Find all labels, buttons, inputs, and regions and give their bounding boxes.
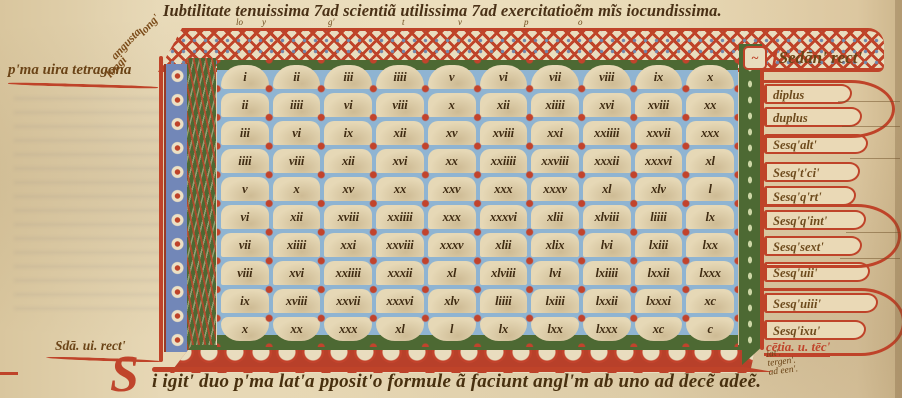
table-cell-r7c3: xxi bbox=[324, 233, 372, 257]
table-cell-r9c1: ix bbox=[221, 289, 269, 313]
table-cell-r2c2: iiii bbox=[273, 93, 321, 117]
ruling-line bbox=[842, 126, 900, 127]
table-cell-r8c4: xxxii bbox=[376, 261, 424, 285]
bottom-text-line: i igit' duo p'ma lat'a pposit'o formule … bbox=[152, 371, 902, 393]
table-cell-r4c8: xxxii bbox=[583, 149, 631, 173]
table-cell-r3c10: xxx bbox=[686, 121, 734, 145]
red-rule-fragment bbox=[0, 372, 18, 375]
bracket-arc bbox=[764, 80, 895, 138]
gloss-mark: y bbox=[262, 17, 266, 27]
ratio-label: Sesq'q'rt' bbox=[764, 186, 856, 206]
table-cell-r8c9: lxxii bbox=[635, 261, 683, 285]
border-ornament-band-inner-left bbox=[187, 58, 216, 350]
table-cell-r9c3: xxvii bbox=[324, 289, 372, 313]
table-cell-r6c1: vi bbox=[221, 205, 269, 229]
table-cell-r6c8: xlviii bbox=[583, 205, 631, 229]
table-cell-r5c10: l bbox=[686, 177, 734, 201]
table-cell-r10c2: xx bbox=[273, 317, 321, 341]
gloss-mark: t bbox=[402, 17, 405, 27]
border-green-band-right bbox=[739, 44, 762, 347]
border-lozenge-band-left bbox=[164, 64, 189, 352]
table-cell-r5c1: v bbox=[221, 177, 269, 201]
gloss-mark: g' bbox=[328, 17, 334, 27]
table-cell-r5c7: xxxv bbox=[531, 177, 579, 201]
table-cell-r6c4: xxiiii bbox=[376, 205, 424, 229]
incipit-line: Iubtilitate tenuissima 7ad scientiã util… bbox=[163, 1, 763, 21]
table-cell-r7c5: xxxv bbox=[428, 233, 476, 257]
notch-mark: ~ bbox=[743, 46, 767, 70]
table-cell-r1c10: x bbox=[686, 65, 734, 89]
table-cell-r7c8: lvi bbox=[583, 233, 631, 257]
gloss-mark: v bbox=[458, 17, 462, 27]
table-cell-r1c3: iii bbox=[324, 65, 372, 89]
table-cell-r3c8: xxiiii bbox=[583, 121, 631, 145]
table-cell-r10c8: lxxx bbox=[583, 317, 631, 341]
diagonal-label-angusta: angusta bbox=[109, 26, 144, 62]
table-cell-r10c3: xxx bbox=[324, 317, 372, 341]
table-cell-r4c10: xl bbox=[686, 149, 734, 173]
table-cell-r6c10: lx bbox=[686, 205, 734, 229]
table-cell-r7c7: xlix bbox=[531, 233, 579, 257]
ruling-line bbox=[838, 101, 900, 102]
table-cell-r8c7: lvi bbox=[531, 261, 579, 285]
table-cell-r3c6: xviii bbox=[480, 121, 528, 145]
table-cell-r1c4: iiii bbox=[376, 65, 424, 89]
table-cell-r1c9: ix bbox=[635, 65, 683, 89]
red-underline bbox=[8, 82, 158, 89]
table-cell-r2c9: xviii bbox=[635, 93, 683, 117]
table-cell-r2c7: xiiii bbox=[531, 93, 579, 117]
table-cell-r5c4: xx bbox=[376, 177, 424, 201]
table-cell-r10c1: x bbox=[221, 317, 269, 341]
ratio-label: Sesq't'ci' bbox=[764, 162, 860, 182]
table-cell-r2c8: xvi bbox=[583, 93, 631, 117]
table-cell-r8c3: xxiiii bbox=[324, 261, 372, 285]
table-cell-r4c2: viii bbox=[273, 149, 321, 173]
table-cell-r4c9: xxxvi bbox=[635, 149, 683, 173]
ruling-line bbox=[850, 158, 900, 159]
red-flourish: ʃ bbox=[772, 46, 779, 68]
multiplication-table: iiiiiiiiiivviviiviiiixxiiiiiiviviiixxiix… bbox=[217, 60, 738, 347]
table-cell-r1c2: ii bbox=[273, 65, 321, 89]
table-cell-r8c5: xl bbox=[428, 261, 476, 285]
table-cell-r7c4: xxviii bbox=[376, 233, 424, 257]
table-cell-r2c10: xx bbox=[686, 93, 734, 117]
table-cell-r10c4: xl bbox=[376, 317, 424, 341]
table-cell-r3c3: ix bbox=[324, 121, 372, 145]
ruling-line bbox=[846, 232, 900, 233]
table-cell-r3c4: xii bbox=[376, 121, 424, 145]
table-cell-r3c5: xv bbox=[428, 121, 476, 145]
table-cell-r7c6: xlii bbox=[480, 233, 528, 257]
rubricated-initial: S bbox=[110, 352, 139, 398]
table-cell-r2c1: ii bbox=[221, 93, 269, 117]
table-cell-r9c10: xc bbox=[686, 289, 734, 313]
table-cell-r10c9: xc bbox=[635, 317, 683, 341]
table-cell-r5c8: xl bbox=[583, 177, 631, 201]
table-cell-r1c6: vi bbox=[480, 65, 528, 89]
table-cell-r7c9: lxiii bbox=[635, 233, 683, 257]
table-cell-r5c2: x bbox=[273, 177, 321, 201]
table-cell-r6c5: xxx bbox=[428, 205, 476, 229]
table-cell-r6c6: xxxvi bbox=[480, 205, 528, 229]
table-cell-r2c4: viii bbox=[376, 93, 424, 117]
table-cell-r6c9: liiii bbox=[635, 205, 683, 229]
border-red-line-left bbox=[159, 56, 163, 362]
table-cell-r9c2: xviii bbox=[273, 289, 321, 313]
gloss-mark: p bbox=[524, 17, 529, 27]
table-cell-r4c5: xx bbox=[428, 149, 476, 173]
gloss-mark: o bbox=[578, 17, 583, 27]
table-cell-r4c4: xvi bbox=[376, 149, 424, 173]
table-cell-r5c9: xlv bbox=[635, 177, 683, 201]
table-cell-r1c7: vii bbox=[531, 65, 579, 89]
table-cell-r8c10: lxxx bbox=[686, 261, 734, 285]
label-sedan-rect: ʃSedān' rect' bbox=[772, 46, 862, 69]
table-cell-r10c6: lx bbox=[480, 317, 528, 341]
table-cell-r3c7: xxi bbox=[531, 121, 579, 145]
table-cell-r1c8: viii bbox=[583, 65, 631, 89]
table-cell-r4c6: xxiiii bbox=[480, 149, 528, 173]
table-cell-r9c5: xlv bbox=[428, 289, 476, 313]
table-cell-r7c2: xiiii bbox=[273, 233, 321, 257]
table-cell-r6c3: xviii bbox=[324, 205, 372, 229]
table-cell-r5c5: xxv bbox=[428, 177, 476, 201]
table-cell-r10c7: lxx bbox=[531, 317, 579, 341]
table-cell-r8c1: viii bbox=[221, 261, 269, 285]
table-cell-r8c2: xvi bbox=[273, 261, 321, 285]
table-cell-r1c5: v bbox=[428, 65, 476, 89]
table-cell-r3c9: xxvii bbox=[635, 121, 683, 145]
table-cell-r9c8: lxxii bbox=[583, 289, 631, 313]
table-cell-r5c6: xxx bbox=[480, 177, 528, 201]
table-cell-r4c1: iiii bbox=[221, 149, 269, 173]
table-cell-r8c8: lxiiii bbox=[583, 261, 631, 285]
table-cell-r7c1: vii bbox=[221, 233, 269, 257]
red-underline bbox=[46, 356, 162, 363]
table-cell-r9c7: lxiii bbox=[531, 289, 579, 313]
ruling-line bbox=[840, 258, 900, 259]
table-cell-r3c1: iii bbox=[221, 121, 269, 145]
table-cell-r3c2: vi bbox=[273, 121, 321, 145]
table-cell-r1c1: i bbox=[221, 65, 269, 89]
table-cell-r2c5: x bbox=[428, 93, 476, 117]
table-cell-r4c7: xxviii bbox=[531, 149, 579, 173]
table-cell-r9c9: lxxxi bbox=[635, 289, 683, 313]
table-cell-r6c7: xlii bbox=[531, 205, 579, 229]
ink-bleedthrough bbox=[14, 95, 164, 310]
manuscript-page: Iubtilitate tenuissima 7ad scientiã util… bbox=[0, 0, 902, 398]
table-cell-r10c10: c bbox=[686, 317, 734, 341]
table-cell-r2c6: xii bbox=[480, 93, 528, 117]
table-cell-r7c10: lxx bbox=[686, 233, 734, 257]
table-cell-r9c6: liiii bbox=[480, 289, 528, 313]
table-cell-r8c6: xlviii bbox=[480, 261, 528, 285]
gloss-mark: lo bbox=[236, 17, 243, 27]
table-cell-r2c3: vi bbox=[324, 93, 372, 117]
table-cell-r9c4: xxxvi bbox=[376, 289, 424, 313]
table-cell-r10c5: l bbox=[428, 317, 476, 341]
table-cell-r6c2: xii bbox=[273, 205, 321, 229]
table-cell-r4c3: xii bbox=[324, 149, 372, 173]
table-cell-r5c3: xv bbox=[324, 177, 372, 201]
